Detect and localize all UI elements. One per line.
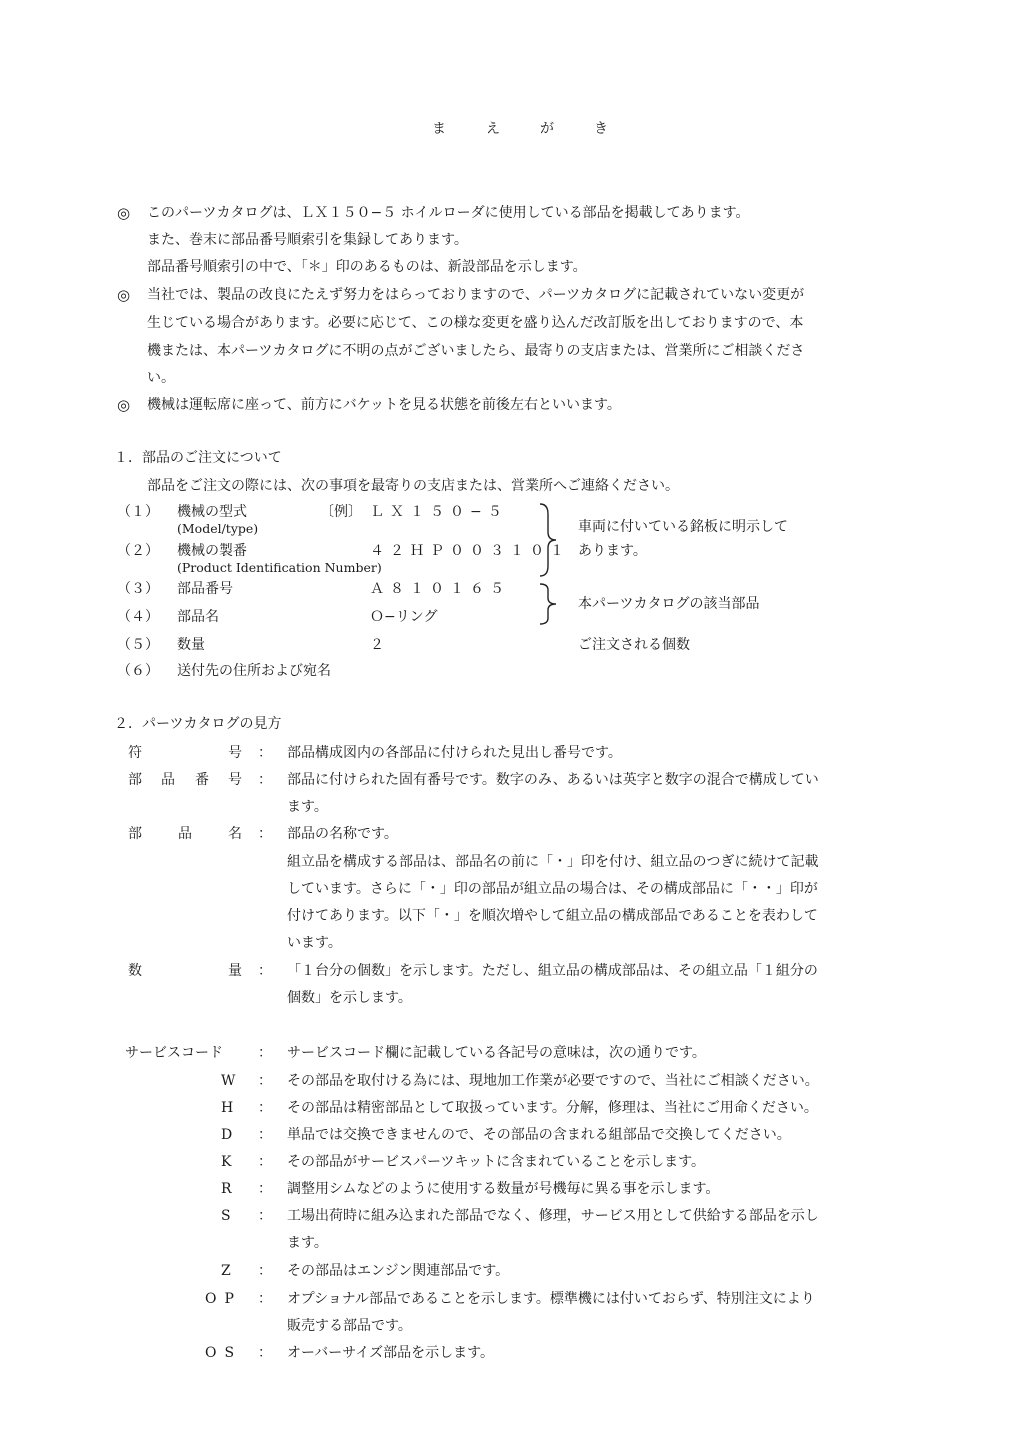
quantity-note: ご注文される個数 [578,636,690,654]
term-colon: ： [258,1290,272,1308]
item-label: 機械の製番 [177,542,247,560]
term-colon: ： [258,1207,272,1225]
service-code-letter: K [221,1153,231,1171]
service-code-letter: Z [221,1262,231,1280]
preface-line: 当社では、製品の改良にたえず努力をはらっておりますので、パーツカタログに記載され… [147,286,804,304]
service-code-desc: サービスコード欄に記載している各記号の意味は，次の通りです。 [287,1044,706,1062]
term-colon: ： [258,825,272,843]
term-colon: ： [258,962,272,980]
double-circle-bullet-icon: ◎ [117,286,130,304]
service-code-letter: D [221,1126,232,1144]
preface-line: また、巻末に部品番号順索引を集録してあります。 [147,231,468,249]
item-value: Ａ８１０１６５ [370,580,510,598]
service-code-letter: H [221,1099,233,1117]
item-sublabel: (Model/type) [177,520,258,538]
service-code-meaning: 工場出荷時に組み込まれた部品でなく、修理，サービス用として供給する部品を示し [287,1207,819,1225]
term-desc: 組立品を構成する部品は、部品名の前に「・」印を付け、組立品のつぎに続けて記載 [287,853,818,871]
item-value: Ｏ−リング [370,608,437,626]
term-desc: 付けてあります。以下「・」を順次増やして組立品の構成部品であることを表わして [287,907,818,925]
service-code-term: サービスコード [125,1044,223,1062]
service-code-meaning: オーバーサイズ部品を示します。 [287,1344,494,1362]
term-colon: ： [258,1044,272,1062]
term-char: 量 [228,962,242,980]
item-value: ＬＸ１５０−５ [370,503,508,521]
term-desc: 部品に付けられた固有番号です。数字のみ、あるいは英字と数字の混合で構成してい [287,771,819,789]
term-char: 号 [228,744,242,762]
item-label: 送付先の住所および宛名 [177,662,331,680]
preface-line: 機または、本パーツカタログに不明の点がございましたら、最寄りの支店または、営業所… [147,342,804,360]
item-number: （２） [117,542,159,560]
service-code-meaning: 調整用シムなどのように使用する数量が号機毎に異る事を示します。 [287,1180,719,1198]
item-label: 部品番号 [177,580,233,598]
item-number: （５） [117,636,159,654]
nameplate-note: 車両に付いている銘板に明示して [578,518,788,536]
term-colon: ： [258,1126,272,1144]
preface-line: 部品番号順索引の中で、「＊」印のあるものは、新設部品を示します。 [147,258,587,276]
item-value: ２ [370,636,384,654]
term-char: 号 [228,771,242,789]
catalog-part-note: 本パーツカタログの該当部品 [578,595,759,613]
service-code-meaning: 単品では交換できませんので、その部品の含まれる組部品で交換してください。 [287,1126,791,1144]
term-colon: ： [258,1180,272,1198]
term-desc: しています。さらに「・」印の部品が組立品の場合は、その構成部品に「・・」印が [287,880,818,898]
term-colon: ： [258,1099,272,1117]
term-colon: ： [258,1262,272,1280]
service-code-letter: S [221,1207,231,1225]
service-code-meaning: 販売する部品です。 [287,1317,412,1335]
section-heading: １．部品のご注文について [114,449,282,467]
term-desc: ます。 [287,798,328,816]
item-number: （３） [117,580,159,598]
preface-line: い。 [147,369,175,387]
term-desc: います。 [287,934,342,952]
item-sublabel: (Product Identification Number) [177,559,382,577]
item-number: （１） [117,503,159,521]
term-colon: ： [258,771,272,789]
right-brace-icon [538,502,560,578]
term-colon: ： [258,744,272,762]
service-code-letter: R [221,1180,232,1198]
nameplate-note: あります。 [578,542,647,560]
term-desc: 部品構成図内の各部品に付けられた見出し番号です。 [287,744,622,762]
double-circle-bullet-icon: ◎ [117,396,130,414]
preface-line: 機械は運転席に座って、前方にバケットを見る状態を前後左右といいます。 [147,396,621,414]
term-char: 品 [161,771,175,789]
service-code-meaning: オプショナル部品であることを示します。標準機には付いておらず、特別注文により [287,1290,815,1308]
service-code-meaning: その部品を取付ける為には、現地加工作業が必要ですので、当社にご相談ください。 [287,1072,819,1090]
section-intro: 部品をご注文の際には、次の事項を最寄りの支店または、営業所へご連絡ください。 [147,477,679,495]
service-code-meaning: その部品はエンジン関連部品です。 [287,1262,509,1280]
term-colon: ： [258,1072,272,1090]
service-code-letter: W [221,1072,235,1090]
item-label: 数量 [177,636,205,654]
term-char: 部 [128,771,142,789]
item-label: 部品名 [177,608,219,626]
service-code-meaning: その部品がサービスパーツキットに含まれていることを示します。 [287,1153,705,1171]
term-colon: ： [258,1153,272,1171]
service-code-meaning: その部品は精密部品として取扱っています。分解，修理は、当社にご用命ください。 [287,1099,818,1117]
page-title: まえがき [432,120,648,138]
term-desc: 個数」を示します。 [287,989,412,1007]
term-char: 番 [195,771,209,789]
right-brace-icon [538,582,560,626]
service-code-letter: OP [205,1290,242,1308]
item-number: （６） [117,662,159,680]
section-heading: ２．パーツカタログの見方 [114,715,281,733]
example-label: 〔例〕 [320,503,362,521]
term-colon: ： [258,1344,272,1362]
term-char: 符 [128,744,142,762]
term-desc: 部品の名称です。 [287,825,398,843]
item-number: （４） [117,608,159,626]
term-char: 部 [128,825,142,843]
service-code-meaning: ます。 [287,1234,328,1252]
term-desc: 「１台分の個数」を示します。ただし、組立品の構成部品は、その組立品「１組分の [287,962,818,980]
item-label: 機械の型式 [177,503,247,521]
term-char: 品 [178,825,192,843]
preface-line: このパーツカタログは、ＬＸ１５０−５ ホイルローダに使用している部品を掲載してあ… [147,204,750,222]
double-circle-bullet-icon: ◎ [117,204,130,222]
service-code-letter: OS [205,1344,242,1362]
term-char: 名 [228,825,242,843]
preface-line: 生じている場合があります。必要に応じて、この様な変更を盛り込んだ改訂版を出してお… [147,314,803,332]
term-char: 数 [128,962,142,980]
